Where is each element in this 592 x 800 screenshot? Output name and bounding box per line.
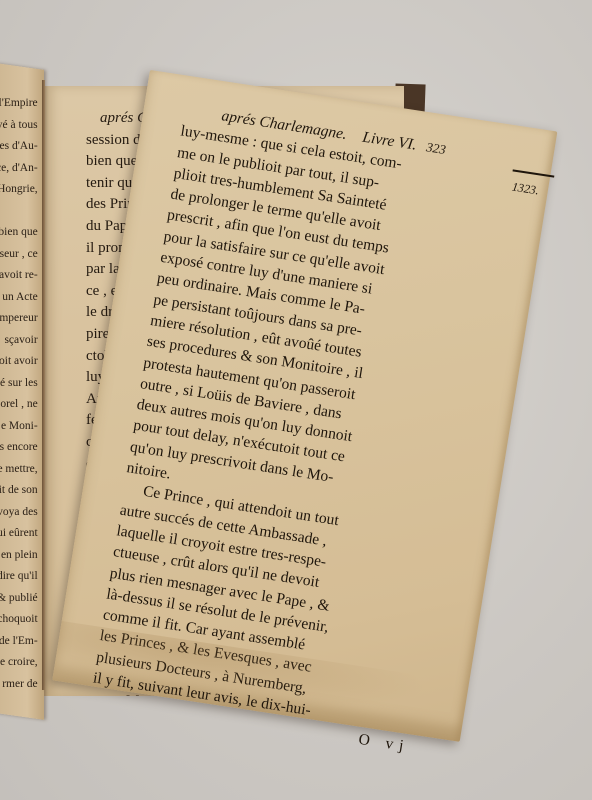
book-left-page: l'Empire oyé à tous ques d'Au- ce, d'An-… — [0, 62, 44, 720]
text-line: doit avoir — [0, 351, 38, 373]
text-line: voya des — [0, 502, 38, 524]
page-number: 323 — [425, 139, 447, 157]
margin-year: 1323. — [511, 180, 540, 199]
text-line: s encore — [0, 437, 38, 459]
text-line: rmer de — [0, 674, 38, 696]
margin-rule — [513, 169, 555, 177]
text-line: é sur les — [0, 373, 38, 395]
text-line: un Acte — [0, 287, 38, 309]
text-line: -bien que — [0, 222, 38, 244]
text-line — [0, 201, 38, 223]
text-line: ques d'Au- — [0, 136, 38, 158]
text-line: sçavoir — [0, 330, 38, 352]
text-line: ce, d'An- — [0, 158, 38, 180]
text-line: choquoit — [0, 609, 38, 631]
text-line: Hongrie, — [0, 179, 38, 201]
text-line: de l'Em- — [0, 631, 38, 653]
text-line: avoit re- — [0, 265, 38, 287]
text-line: & publié — [0, 588, 38, 610]
text-line: e Moni- — [0, 416, 38, 438]
text-line: dire qu'il — [0, 566, 38, 588]
text-line: e mettre, — [0, 459, 38, 481]
book-gutter — [42, 80, 45, 690]
text-line: e en plein — [0, 545, 38, 567]
text-line: oyé à tous — [0, 115, 38, 137]
text-line: ui eûrent — [0, 523, 38, 545]
text-line: it de son — [0, 480, 38, 502]
text-line: e croire, — [0, 652, 38, 674]
text-line: orel , ne — [0, 394, 38, 416]
left-page-text: l'Empire oyé à tous ques d'Au- ce, d'An-… — [0, 93, 38, 695]
text-line: Empereur — [0, 308, 38, 330]
text-line: l'Empire — [0, 93, 38, 115]
text-line: sseur , ce — [0, 244, 38, 266]
photo-scene: aprés Charlemagne session de l'Empire, b… — [0, 0, 592, 800]
